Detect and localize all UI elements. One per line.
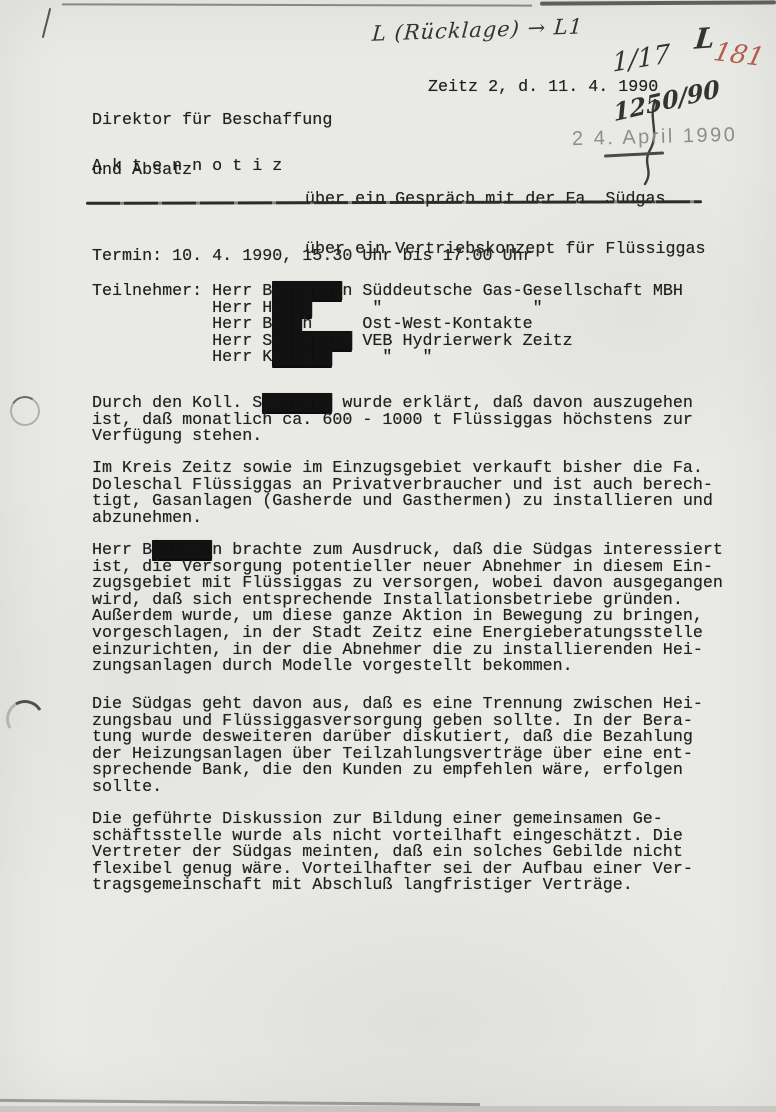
text-line: sollte. (92, 780, 703, 797)
paragraph: Durch den Koll. S███████ wurde erklärt, … (92, 396, 693, 446)
paragraph: Die Südgas geht davon aus, daß es eine T… (92, 697, 703, 797)
punch-hole-top (7, 393, 43, 429)
sender-line1-row: Direktor für BeschaffungZeitz 2, d. 11. … (92, 113, 772, 130)
document-page: L (Rücklage) → L1 1/17 L 181 1250/90 2 4… (0, 0, 776, 1112)
paragraph: Im Kreis Zeitz sowie im Einzugsgebiet ve… (92, 461, 713, 527)
text-line: tragsgemeinschaft mit Abschluß langfrist… (92, 878, 693, 895)
paragraph: Die geführte Diskussion zur Bildung eine… (92, 812, 693, 895)
handwritten-corner-mark: L (693, 21, 716, 56)
text-line: abzunehmen. (92, 511, 713, 528)
punch-hole-bottom (2, 696, 48, 742)
text-line: Verfügung stehen. (92, 429, 693, 446)
subject-block: A k t e n n o t i z über ein Gespräch mi… (92, 159, 772, 199)
sender-title: Direktor für Beschaffung (92, 111, 332, 130)
scan-top-edge-line (62, 3, 532, 6)
participants-list: Teilnehmer: Herr B███████n Süddeutsche G… (92, 284, 683, 367)
scan-bottom-shadow (0, 1106, 776, 1112)
meeting-time: Termin: 10. 4. 1990, 15.30 Uhr bis 17.00… (92, 249, 533, 266)
handwritten-number-red: 181 (711, 37, 767, 72)
text-line: sprechende Bank, die den Kunden zu empfe… (92, 763, 703, 780)
handwritten-note-rucklage: L (Rücklage) → L1 (371, 14, 584, 45)
text-line: zungsanlagen durch Modelle vorgestellt b… (92, 659, 723, 676)
handwritten-page-ref: 1/17 (612, 39, 670, 78)
text-line: Herr K██████ " " (92, 350, 683, 367)
place-date: Zeitz 2, d. 11. 4. 1990 (428, 80, 658, 97)
scan-top-edge-line-thick (540, 0, 776, 5)
subject-lines: über ein Gespräch mit der Fa. Südgas übe… (305, 159, 706, 292)
redaction-bar: ██████ (272, 348, 332, 367)
subject-label: A k t e n n o t i z (92, 159, 282, 176)
paragraph: Herr B██████n brachte zum Ausdruck, daß … (92, 543, 723, 676)
